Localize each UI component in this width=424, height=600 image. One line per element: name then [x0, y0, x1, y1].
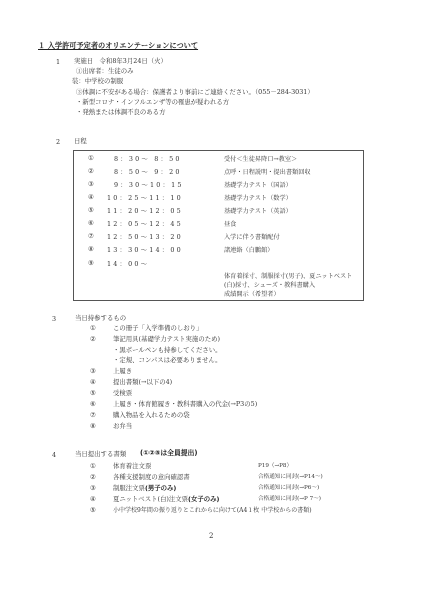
list-item: 筆記用具(基礎学力テスト実施のため): [113, 335, 220, 344]
list-item: 小中学校9年間の振り返りとこれからに向けて(A4１枚 中学校からの書類): [113, 506, 312, 515]
list-item: 夏ニットベスト(白)注文票(女子のみ): [113, 495, 219, 504]
page-number: 2: [209, 532, 213, 540]
section-1-number: 1: [56, 58, 60, 66]
list-item-note: 合格通知に同封(→P 7～): [258, 495, 321, 504]
list-item: 提出書類(→以下の4): [113, 378, 172, 387]
health-bullet-2: ・発熱または体調不良のある方: [76, 108, 165, 117]
list-item: この冊子「入学準備のしおり」: [113, 324, 202, 333]
list-item: 購入物品を入れるための袋: [113, 411, 190, 420]
list-item: ・定規、コンパスは必要ありません。: [113, 356, 222, 365]
list-item-note: 合格通知に同封(→P14～): [258, 473, 323, 482]
implementation-date: 実施日 令和8年3月24日（火）: [74, 57, 167, 66]
dress-code: 装：中学校の制服: [72, 77, 123, 86]
list-item-note: P19（→P8）: [258, 462, 292, 471]
section-4-number: 4: [52, 451, 56, 459]
documents-heading: 当日提出する書類: [75, 450, 126, 459]
section-2-number: 2: [56, 138, 60, 146]
document-title: １ 入学許可予定者のオリエンテーションについて: [38, 41, 198, 51]
schedule-heading: 日程: [74, 137, 87, 146]
list-item: お弁当: [113, 422, 132, 431]
list-item: 上履き: [113, 367, 132, 376]
schedule-box: ① 8：30～ 8：50 受付＜生徒昇降口→教室＞ ② 8：50～ 9：20 点…: [73, 150, 364, 301]
list-item: ・黒ボールペンも持参してください。: [113, 346, 222, 355]
list-item: 制服注文票(男子のみ): [113, 484, 176, 493]
health-notice: ③体調に不安がある場合：保護者より事前にご連絡ください。（055－284-303…: [76, 88, 314, 97]
list-item: 各種支援制度の意向確認書: [113, 473, 190, 482]
attendees: ①出席者：生徒のみ: [76, 67, 134, 76]
health-bullet-1: ・新型コロナ・インフルエンザ等の罹患が疑われる方: [76, 98, 229, 107]
section-3-number: 3: [52, 315, 56, 323]
list-item: 上履き・体育館履き・教科書購入の代金(→P3の5): [113, 400, 257, 409]
documents-heading-note: (①②⑤は全員提出): [140, 449, 197, 458]
items-to-bring-heading: 当日持参するもの: [75, 314, 126, 323]
list-item: 体育着注文票: [113, 462, 151, 471]
list-item: 受検票: [113, 389, 132, 398]
list-item-note: 合格通知に同封(→P6～): [258, 484, 319, 493]
